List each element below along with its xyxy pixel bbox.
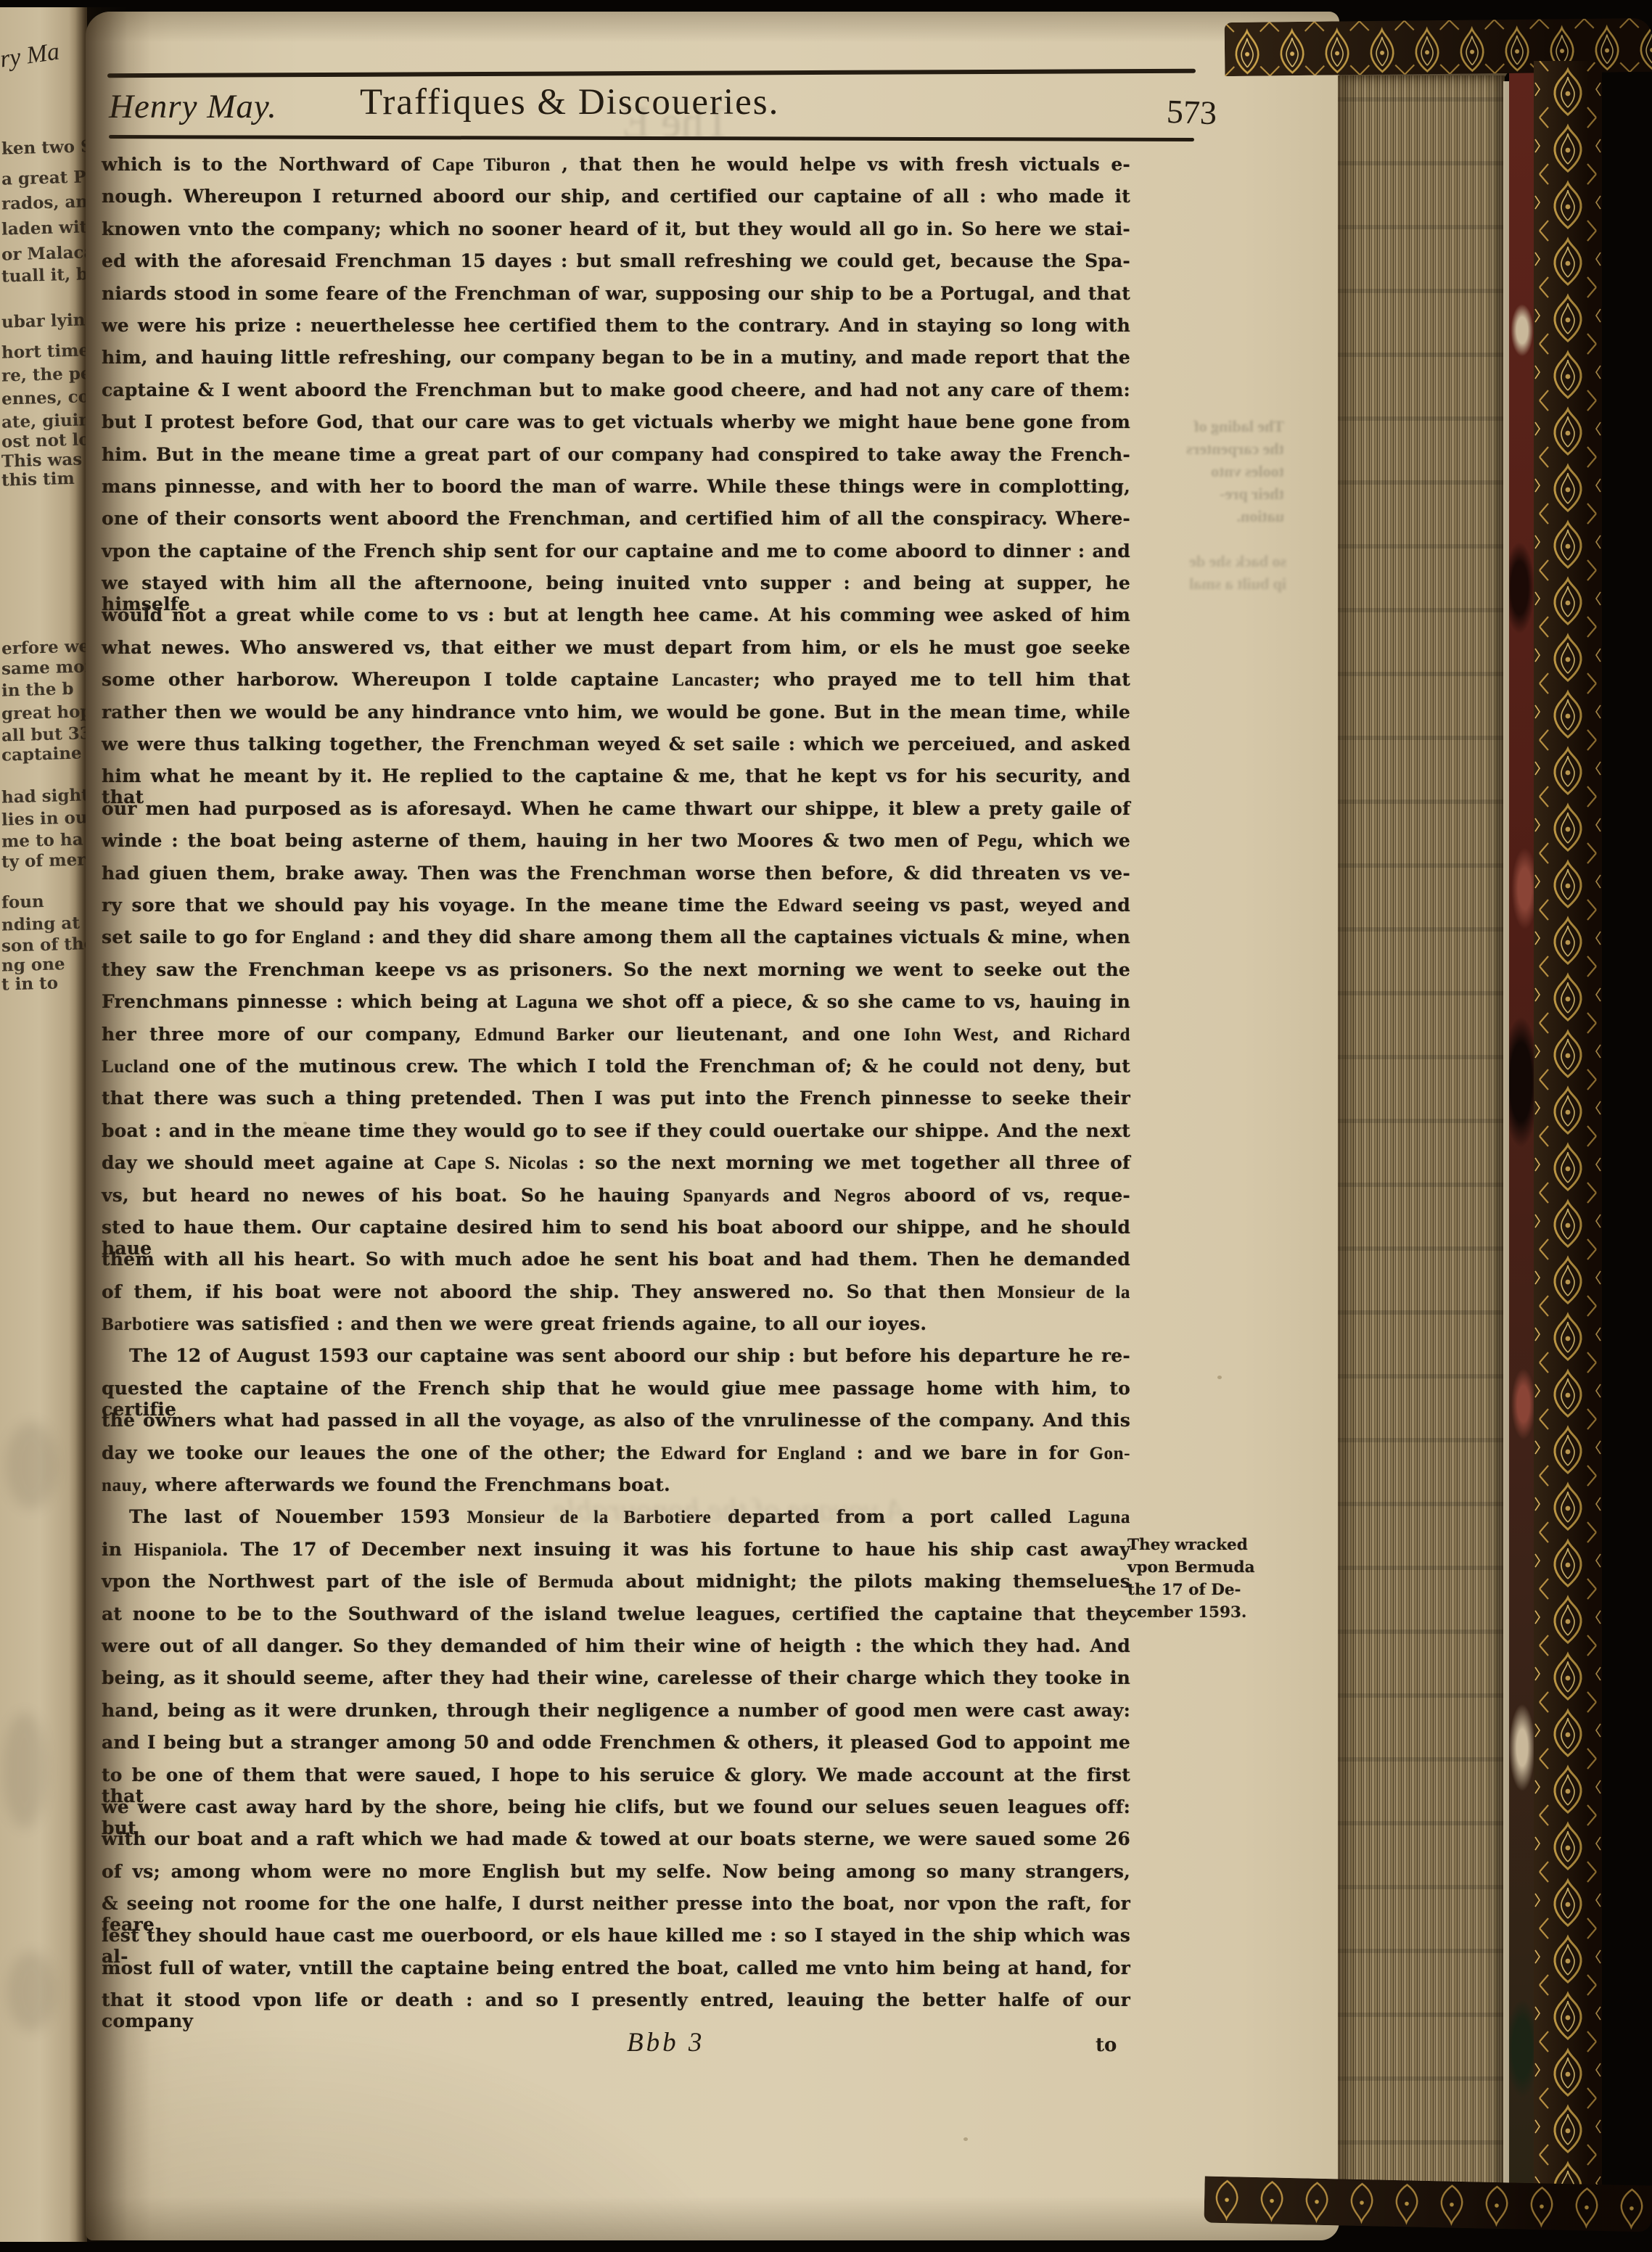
- body-text-line: were out of all danger. So they demanded…: [102, 1635, 1130, 1667]
- body-text-line: knowen vnto the company; which no sooner…: [102, 218, 1130, 250]
- signature-mark: Bbb 3: [627, 2027, 704, 2058]
- body-text-line: rather then we would be any hindrance vn…: [102, 702, 1130, 733]
- facing-text-fragment: ost not lon: [1, 430, 86, 451]
- body-text-line: we were his prize : neuerthelesse hee ce…: [102, 315, 1130, 347]
- body-text-line: of vs; among whom were no more English b…: [102, 1861, 1130, 1893]
- facing-text-fragment: son of the: [1, 934, 86, 956]
- facing-text-fragment: tuall it, be: [1, 264, 86, 286]
- facing-text-fragment: ken two Shipp: [1, 136, 86, 158]
- body-text-line: with our boat and a raft which we had ma…: [102, 1828, 1130, 1860]
- body-text-line: captaine & I went aboord the Frenchman b…: [102, 379, 1130, 411]
- body-text-line: nough. Whereupon I returned aboord our s…: [102, 186, 1130, 218]
- body-text-line: ry sore that we should pay his voyage. I…: [102, 895, 1130, 926]
- running-title-center: Traffiques & Discoueries.: [360, 81, 779, 123]
- facing-text-fragment: laden with: [1, 217, 86, 239]
- show-through-line: The lading of: [1139, 415, 1284, 437]
- body-text-line: lest they should haue cast me ouerboord,…: [102, 1925, 1130, 1957]
- body-text-line: & seeing not roome for the one halfe, I …: [102, 1893, 1130, 1925]
- body-text-line: being, as it should seeme, after they ha…: [102, 1667, 1130, 1699]
- facing-text-fragment: nding at last: [1, 913, 86, 934]
- body-text-line: what newes. Who answered vs, that either…: [102, 637, 1130, 669]
- facing-text-fragment: this tim: [1, 468, 86, 490]
- paper-fleck: [797, 490, 800, 493]
- body-text-line: day we tooke our leaues the one of the o…: [102, 1442, 1130, 1474]
- margin-note: They wrackedvpon Bermudathe 17 of De-cem…: [1127, 1534, 1286, 1624]
- page-number: 573: [1166, 92, 1217, 132]
- facing-text-fragment: me to ha: [1, 829, 86, 851]
- body-text-line: would not a great while come to vs : but…: [102, 604, 1130, 636]
- catchword: to: [1096, 2034, 1117, 2056]
- body-text-line: to be one of them that were saued, I hop…: [102, 1764, 1130, 1796]
- body-text-line: we were cast away hard by the shore, bei…: [102, 1796, 1130, 1828]
- facing-text-fragment: same mon: [1, 657, 86, 678]
- margin-note-line: the 17 of De-: [1127, 1579, 1286, 1601]
- body-text-line: they saw the Frenchman keepe vs as priso…: [102, 959, 1130, 991]
- body-text-line: ed with the aforesaid Frenchman 15 dayes…: [102, 250, 1130, 282]
- facing-text-fragment: all but 33: [1, 723, 86, 745]
- book-page: The E Henry May. Traffiques & Discouerie…: [86, 12, 1339, 2240]
- body-text-line: we stayed with him all the afternoone, b…: [102, 572, 1130, 604]
- body-text-line: boat : and in the meane time they would …: [102, 1120, 1130, 1152]
- body-text-line: her three more of our company, Edmund Ba…: [102, 1024, 1130, 1056]
- paper-fleck: [1217, 1376, 1222, 1379]
- body-text-line: that there was such a thing pretended. T…: [102, 1088, 1130, 1119]
- show-through-line: tooles vnto: [1139, 460, 1284, 482]
- ink-smudge: [7, 1952, 55, 2031]
- body-text-line: quested the captaine of the French ship …: [102, 1378, 1130, 1410]
- facing-page-edge: ry Ma ken two Shippa great Porrados, an …: [0, 7, 87, 2242]
- body-text-line: our men had purposed as is aforesayd. Wh…: [102, 798, 1130, 830]
- body-text-line: most full of water, vntill the captaine …: [102, 1957, 1130, 1989]
- header-bottom-rule: [109, 135, 1194, 141]
- body-text-line: in Hispaniola. The 17 of December next i…: [102, 1539, 1130, 1571]
- body-text-line: sted to haue them. Our captaine desired …: [102, 1217, 1130, 1249]
- paper-fleck: [477, 1804, 482, 1807]
- body-text-line: Frenchmans pinnesse : which being at Lag…: [102, 991, 1130, 1023]
- facing-text-fragment: ate, giuing: [1, 410, 86, 432]
- body-text-line: them with all his heart. So with much ad…: [102, 1249, 1130, 1281]
- facing-text-fragment: great hope: [1, 702, 86, 723]
- facing-text-fragment: in the b: [1, 678, 86, 700]
- margin-note-line: They wracked: [1127, 1534, 1286, 1556]
- body-text-line: The 12 of August 1593 our captaine was s…: [102, 1345, 1130, 1377]
- body-text-line: Lucland one of the mutinous crew. The wh…: [102, 1056, 1130, 1088]
- body-text-line: and I being but a stranger among 50 and …: [102, 1732, 1130, 1764]
- facing-text-fragment: erfore we: [1, 636, 86, 658]
- book-scan-photo: ry Ma ken two Shippa great Porrados, an …: [0, 0, 1652, 2252]
- body-text-line: The last of Nouember 1593 Monsieur de la…: [102, 1506, 1130, 1538]
- gutter-shadow: [75, 7, 128, 2242]
- facing-text-fragment: re, the peo: [1, 363, 86, 385]
- facing-text-fragment: foun: [1, 890, 86, 912]
- body-text-line: that it stood vpon life or death : and s…: [102, 1989, 1130, 2021]
- show-through-line: the carpenters: [1139, 437, 1284, 460]
- body-text-line: of them, if his boat were not aboord the…: [102, 1281, 1130, 1313]
- facing-text-fragment: had sight: [1, 785, 86, 807]
- paper-fleck: [963, 2137, 968, 2141]
- margin-note-line: vpon Bermuda: [1127, 1556, 1286, 1579]
- body-text-line: vpon the captaine of the French ship sen…: [102, 541, 1130, 572]
- body-text-line: mans pinnesse, and with her to boord the…: [102, 476, 1130, 508]
- facing-text-fragment: rados, an C: [1, 192, 86, 213]
- facing-text-fragment: ennes, coc: [1, 387, 86, 408]
- body-text-line: him. But in the meane time a great part …: [102, 444, 1130, 476]
- body-text-line: winde : the boat being asterne of them, …: [102, 830, 1130, 862]
- running-title-left: Henry May.: [109, 87, 277, 126]
- gold-tooled-border-bottom: [1204, 2177, 1652, 2232]
- body-text-line: vs, but heard no newes of his boat. So h…: [102, 1185, 1130, 1217]
- facing-text-fragment: a great Por: [1, 167, 86, 189]
- body-text-line: the owners what had passed in all the vo…: [102, 1410, 1130, 1442]
- body-text-line: at noone to be to the Southward of the i…: [102, 1603, 1130, 1635]
- marbled-edge: [1509, 73, 1535, 2220]
- body-text-line: hand, being as it were drunken, through …: [102, 1700, 1130, 1732]
- ink-smudge: [6, 1422, 57, 1509]
- body-text-line: but I protest before God, that our care …: [102, 411, 1130, 443]
- body-text-line: some other harborow. Whereupon I tolde c…: [102, 669, 1130, 701]
- body-text-line: vpon the Northwest part of the isle of B…: [102, 1571, 1130, 1603]
- header-top-rule: [107, 69, 1196, 78]
- show-through-line: their pre-: [1139, 482, 1284, 505]
- paper-fleck: [303, 1122, 307, 1125]
- show-through-margin-note-1: The lading ofthe carpenterstooles vntoth…: [1139, 415, 1284, 527]
- facing-text-fragment: or Malaca: [1, 242, 86, 264]
- show-through-line: uation.: [1139, 505, 1284, 527]
- body-text-line: nauy, where afterwards we found the Fren…: [102, 1474, 1130, 1506]
- body-text-line: him, and hauing little refreshing, our c…: [102, 347, 1130, 379]
- body-text: which is to the Northward of Cape Tiburo…: [102, 154, 1130, 2022]
- body-text-line: we were thus talking together, the Frenc…: [102, 733, 1130, 765]
- facing-text-fragment: hort time: [1, 340, 86, 362]
- facing-running-head-fragment: ry Ma: [0, 38, 61, 73]
- show-through-line: ip built a smal: [1130, 572, 1286, 595]
- body-text-line: day we should meet againe at Cape S. Nic…: [102, 1152, 1130, 1184]
- body-text-line: niards stood in some feare of the French…: [102, 283, 1130, 315]
- body-text-line: him what he meant by it. He replied to t…: [102, 765, 1130, 797]
- show-through-line: so back she de: [1130, 550, 1286, 572]
- margin-note-line: cember 1593.: [1127, 1601, 1286, 1624]
- body-text-line: had giuen them, brake away. Then was the…: [102, 863, 1130, 895]
- body-text-line: one of their consorts went aboord the Fr…: [102, 508, 1130, 540]
- facing-text-fragment: t in to: [1, 972, 86, 994]
- body-text-line: Barbotiere was satisfied : and then we w…: [102, 1313, 1130, 1345]
- ink-smudge: [3, 1712, 46, 1828]
- gold-tooled-border-right: [1534, 61, 1602, 2208]
- body-text-line: set saile to go for England : and they d…: [102, 926, 1130, 958]
- facing-text-fragment: ubar lying: [1, 310, 86, 332]
- show-through-margin-note-2: so back she deip built a smal: [1130, 550, 1286, 595]
- facing-text-fragment: captaine: [1, 743, 86, 765]
- body-text-line: which is to the Northward of Cape Tiburo…: [102, 154, 1130, 186]
- facing-text-fragment: ty of mer: [1, 850, 86, 871]
- fore-edge-pages: [1338, 75, 1505, 2208]
- facing-text-fragment: lies in our: [1, 807, 86, 829]
